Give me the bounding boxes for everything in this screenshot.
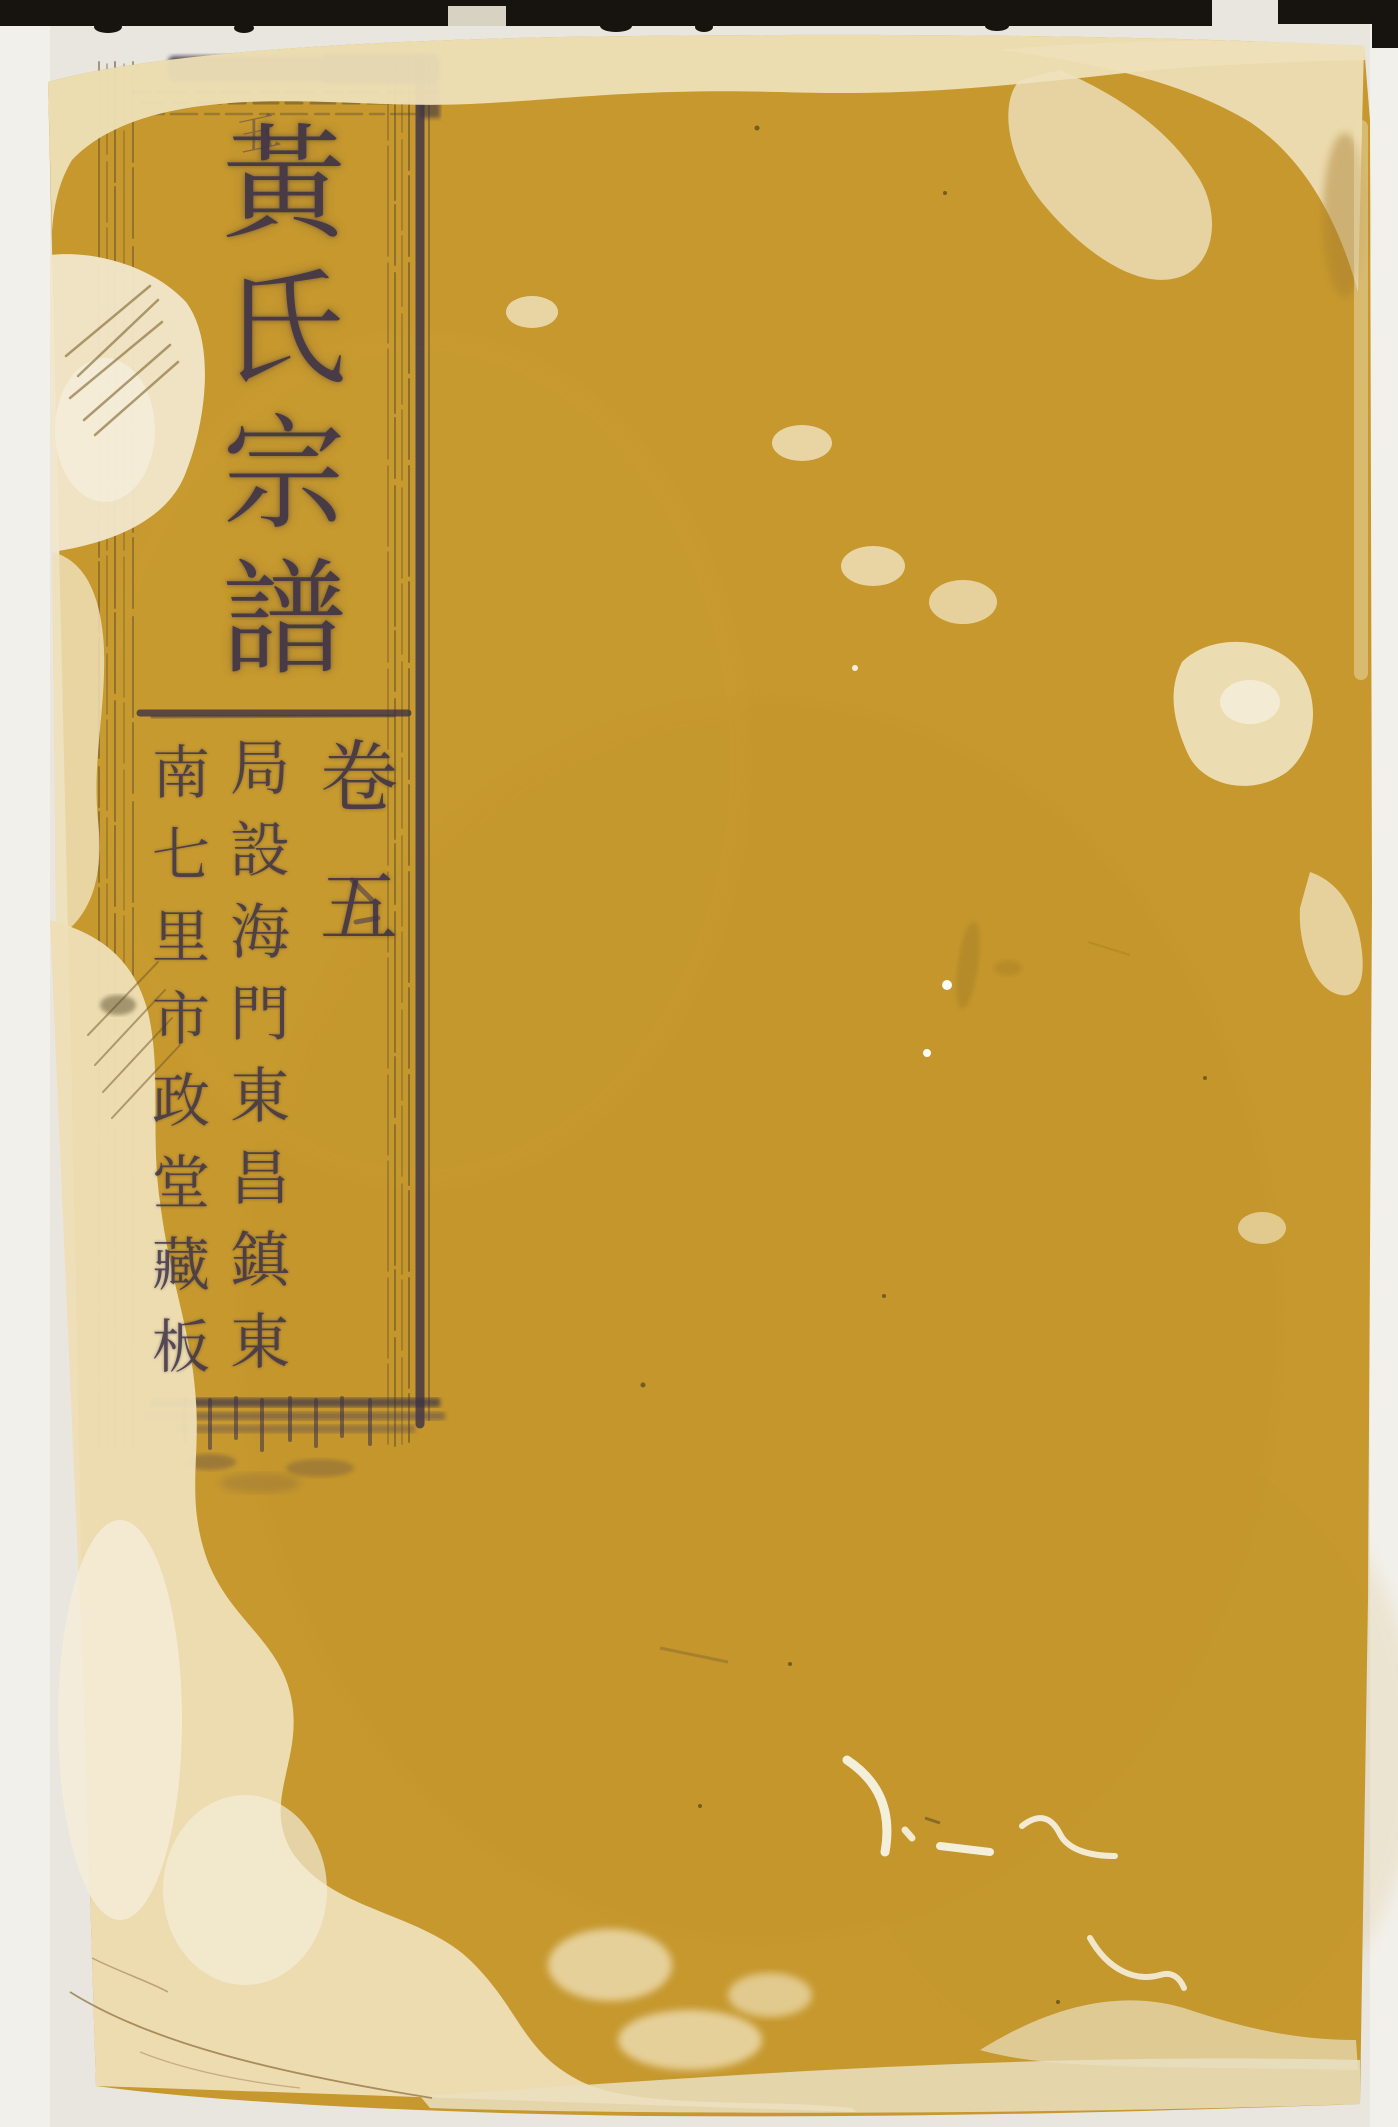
- scanned-book-cover: 五 黃氏宗譜 卷五 局設海門東昌鎮東 南七里市政堂藏板: [0, 0, 1398, 2127]
- imprint-column-2: 南七里市政堂藏板: [134, 742, 218, 1398]
- imprint-column-1: 局設海門東昌鎮東: [212, 736, 298, 1392]
- volume-label: 卷五: [296, 736, 408, 996]
- book-title: 黃氏宗譜: [184, 118, 362, 698]
